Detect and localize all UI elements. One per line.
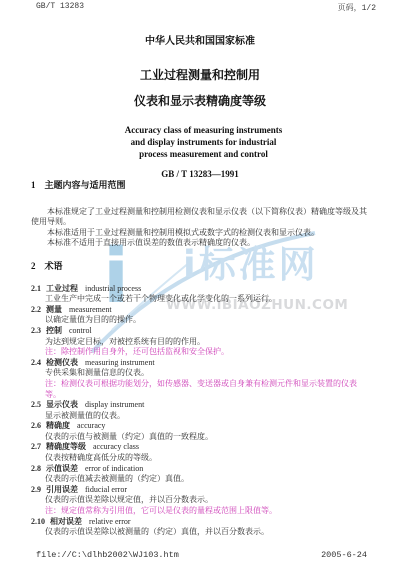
term-row: 2.3控制control xyxy=(31,326,372,337)
term-row: 2.5显示仪表display instrument xyxy=(31,400,372,411)
term-definition: 工业生产中完成一个或若干个物理变化或化学变化的一系列运行。 xyxy=(31,294,372,305)
term-definition: 专供采集和测量信息的仪表。 xyxy=(31,368,372,379)
term-note: 注：检测仪表可根据功能划分，如传感器、变送器或自身兼有检测元件和显示装置的仪表等… xyxy=(31,379,372,400)
page-header: GB/T 13283 页码，1/2 xyxy=(36,2,376,13)
title-block: 中华人民共和国国家标准 工业过程测量和控制用 仪表和显示表精确度等级 Accur… xyxy=(0,32,400,179)
term-row: 2.1工业过程industrial process xyxy=(31,284,372,295)
term-definition: 仪表的示值误差除以被测量的（约定）真值，并以百分数表示。 xyxy=(31,527,372,538)
page-footer: file://C:\dlhb2002\WJ103.htm 2005-6-24 xyxy=(36,550,367,560)
title-english-line3: process measurement and control xyxy=(7,148,400,160)
term-row: 2.8示值误差error of indication xyxy=(31,464,372,475)
header-page-number: 页码，1/2 xyxy=(338,2,376,13)
section1-heading: 1 主题内容与适用范围 xyxy=(31,180,372,191)
section1-paragraph: 本标准适用于工业过程测量和控制用模拟式或数字式的检测仪表和显示仪表。 xyxy=(31,228,372,239)
document-body: 1 主题内容与适用范围 本标准规定了工业过程测量和控制用检测仪表和显示仪表（以下… xyxy=(31,180,372,538)
term-definition: 仪表的示值减去被测量的（约定）真值。 xyxy=(31,474,372,485)
term-number: 2.4 xyxy=(31,358,41,367)
document-page: i i标准网 WWW.iBIAOZHUN.COM GB/T 13283 页码，1… xyxy=(0,0,400,566)
title-chinese-line2: 仪表和显示表精确度等级 xyxy=(0,92,400,109)
term-number: 2.8 xyxy=(31,464,41,473)
term-cn: 工业过程 xyxy=(46,284,78,293)
term-en: display instrument xyxy=(85,400,144,409)
term-cn: 控制 xyxy=(46,326,62,335)
term-number: 2.2 xyxy=(31,305,41,314)
title-english: Accuracy class of measuring instruments … xyxy=(7,124,400,160)
term-en: control xyxy=(69,326,92,335)
term-row: 2.2测量measurement xyxy=(31,305,372,316)
term-en: fiducial error xyxy=(85,485,127,494)
term-number: 2.7 xyxy=(31,442,41,451)
term-en: error of indication xyxy=(85,464,143,473)
term-note: 注：除控制作用自身外，还可包括监视和安全保护。 xyxy=(31,347,372,358)
term-definition: 仪表的示值与被测量（约定）真值的一致程度。 xyxy=(31,432,372,443)
term-cn: 引用误差 xyxy=(46,485,78,494)
term-definition: 显示被测量值的仪表。 xyxy=(31,411,372,422)
term-row: 2.4检测仪表measuring instrument xyxy=(31,358,372,369)
standard-number: GB / T 13283—1991 xyxy=(0,169,400,179)
header-standard-number: GB/T 13283 xyxy=(36,2,84,13)
term-number: 2.3 xyxy=(31,326,41,335)
term-en: measuring instrument xyxy=(85,358,155,367)
term-number: 2.1 xyxy=(31,284,41,293)
term-en: industrial process xyxy=(85,284,141,293)
title-english-line1: Accuracy class of measuring instruments xyxy=(7,124,400,136)
footer-file-path: file://C:\dlhb2002\WJ103.htm xyxy=(36,550,179,560)
term-definition: 仪表按精确度高低分成的等级。 xyxy=(31,453,372,464)
term-cn: 精确度 xyxy=(46,421,70,430)
term-definition: 为达到规定目标，对被控系统有目的的作用。 xyxy=(31,337,372,348)
term-note: 注：规定值常称为引用值，它可以是仪表的量程或范围上限值等。 xyxy=(31,506,372,517)
term-number: 2.5 xyxy=(31,400,41,409)
term-cn: 相对误差 xyxy=(50,517,82,526)
section1-paragraph: 本标准规定了工业过程测量和控制用检测仪表和显示仪表（以下简称仪表）精确度等级及其… xyxy=(31,207,372,228)
term-row: 2.6精确度accuracy xyxy=(31,421,372,432)
term-cn: 精确度等级 xyxy=(46,442,86,451)
term-number: 2.9 xyxy=(31,485,41,494)
title-chinese-line1: 工业过程测量和控制用 xyxy=(0,66,400,83)
section1-paragraph: 本标准不适用于直接用示值误差的数值表示精确度的仪表。 xyxy=(31,238,372,249)
term-row: 2.10相对误差relative error xyxy=(31,517,372,528)
term-row: 2.7精确度等级accuracy class xyxy=(31,442,372,453)
term-en: accuracy xyxy=(77,421,105,430)
title-english-line2: and display instruments for industrial xyxy=(7,136,400,148)
term-number: 2.10 xyxy=(31,517,45,526)
term-definition: 仪表的示值误差除以规定值，并以百分数表示。 xyxy=(31,495,372,506)
national-standard-label: 中华人民共和国国家标准 xyxy=(0,32,400,47)
term-number: 2.6 xyxy=(31,421,41,430)
term-cn: 显示仪表 xyxy=(46,400,78,409)
section2-heading: 2 术语 xyxy=(31,261,372,272)
term-en: accuracy class xyxy=(93,442,139,451)
term-definition: 以确定量值为目的的操作。 xyxy=(31,315,372,326)
term-en: relative error xyxy=(89,517,131,526)
term-en: measurement xyxy=(69,305,112,314)
term-row: 2.9引用误差fiducial error xyxy=(31,485,372,496)
footer-date: 2005-6-24 xyxy=(321,550,367,560)
term-cn: 测量 xyxy=(46,305,62,314)
term-cn: 示值误差 xyxy=(46,464,78,473)
term-cn: 检测仪表 xyxy=(46,358,78,367)
